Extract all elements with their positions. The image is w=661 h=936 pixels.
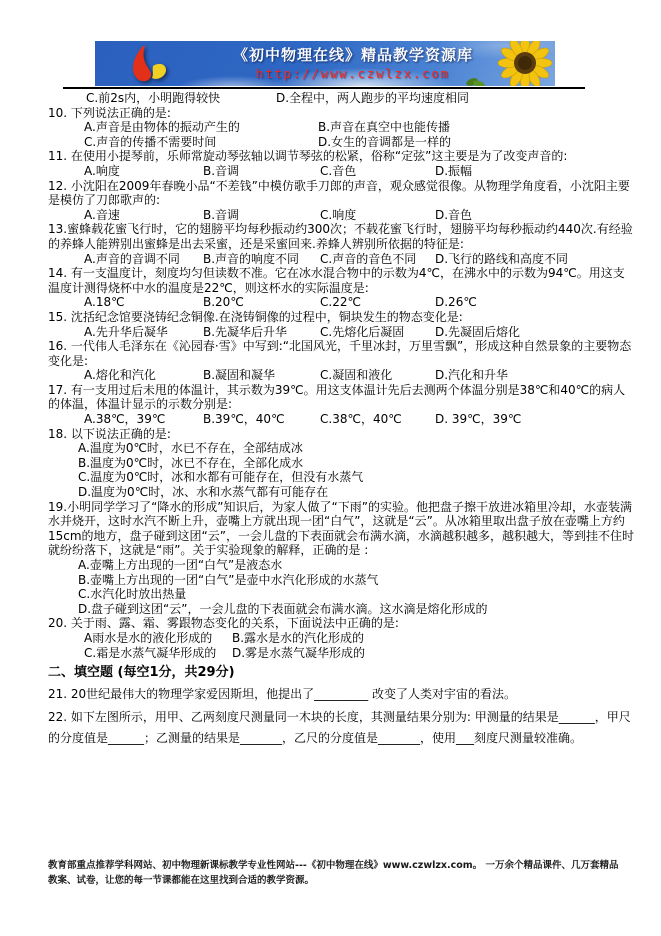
question-stem-11: 11. 在使用小提琴前，乐师常旋动琴弦轴以调节琴弦的松紧，俗称“定弦”这主要是为… xyxy=(48,149,634,164)
header-divider xyxy=(63,87,585,89)
option-13-C: C.声音的音色不同 xyxy=(320,252,435,267)
options-14: A.18℃B.20℃C.22℃D.26℃ xyxy=(48,295,634,310)
options-13: A.声音的音调不同B.声音的响度不同C.声音的音色不同D.飞行的路线和高度不同 xyxy=(48,252,634,267)
option-10-C: C.声音的传播不需要时间 xyxy=(84,135,318,150)
option-14-B: B.20℃ xyxy=(203,295,320,310)
question-stem-19: 19.小明同学学习了“降水的形成”知识后，为家人做了“下雨”的实验。他把盘子擦干… xyxy=(48,500,634,558)
question-16: 16. 一代伟人毛泽东在《沁园春·雪》中写到:“北国风光，千里冰封，万里雪飘”，… xyxy=(48,339,634,383)
question-stem-20: 20. 关于雨、露、霜、雾跟物态变化的关系，下面说法中正确的是: xyxy=(48,616,634,631)
option-17-D: D. 39℃，39℃ xyxy=(435,412,634,427)
options-9: C.前2s内，小明跑得较快D.全程中，两人跑步的平均速度相同 xyxy=(48,91,634,106)
option-18-A: A.温度为0℃时，水已不存在，全部结成冰 xyxy=(78,441,634,456)
section-heading-fill-in: 二、填空题 (每空1分，共29分) xyxy=(48,663,634,682)
option-12-B: B.音调 xyxy=(203,208,320,223)
option-14-A: A.18℃ xyxy=(84,295,203,310)
question-19: 19.小明同学学习了“降水的形成”知识后，为家人做了“下雨”的实验。他把盘子擦干… xyxy=(48,500,634,617)
option-20-B: B.露水是水的汽化形成的 xyxy=(232,631,634,646)
option-15-B: B.先凝华后升华 xyxy=(203,325,320,340)
option-15-C: C.先熔化后凝固 xyxy=(320,325,435,340)
option-14-C: C.22℃ xyxy=(320,295,435,310)
option-20-D: D.雾是水蒸气凝华形成的 xyxy=(232,646,634,661)
option-10-B: B.声音在真空中也能传播 xyxy=(318,120,634,135)
question-12: 12. 小沈阳在2009年春晚小品“不差钱”中模仿歌手刀郎的声音，观众感觉很像。… xyxy=(48,179,634,223)
question-stem-14: 14. 有一支温度计，刻度均匀但读数不准。它在冰水混合物中的示数为4℃，在沸水中… xyxy=(48,266,634,295)
option-11-A: A.响度 xyxy=(84,164,203,179)
question-stem-18: 18. 以下说法正确的是: xyxy=(48,427,634,442)
option-17-A: A.38℃，39℃ xyxy=(84,412,203,427)
options-18: A.温度为0℃时，水已不存在，全部结成冰B.温度为0℃时，冰已不存在，全部化成水… xyxy=(48,441,634,499)
options-11: A.响度B.音调C.音色D.振幅 xyxy=(48,164,634,179)
option-17-C: C.38℃，40℃ xyxy=(320,412,435,427)
option-11-B: B.音调 xyxy=(203,164,320,179)
options-16: A.熔化和汽化B.凝固和凝华C.凝固和液化D.汽化和升华 xyxy=(48,368,634,383)
banner-text: 《初中物理在线》精品教学资源库 http://www.czwlzx.com xyxy=(203,44,503,81)
options-19: A.壶嘴上方出现的一团“白气”是液态水B.壶嘴上方出现的一团“白气”是壶中水汽化… xyxy=(48,558,634,616)
option-16-A: A.熔化和汽化 xyxy=(84,368,203,383)
options-12: A.音速B.音调C.响度D.音色 xyxy=(48,208,634,223)
option-12-C: C.响度 xyxy=(320,208,435,223)
banner-title: 《初中物理在线》精品教学资源库 xyxy=(203,44,503,65)
option-20-A: A雨水是水的液化形成的 xyxy=(84,631,232,646)
question-18: 18. 以下说法正确的是:A.温度为0℃时，水已不存在，全部结成冰B.温度为0℃… xyxy=(48,427,634,500)
question-area: C.前2s内，小明跑得较快D.全程中，两人跑步的平均速度相同10. 下列说法正确… xyxy=(48,91,634,749)
option-15-D: D.先凝固后熔化 xyxy=(435,325,634,340)
question-stem-13: 13.蜜蜂载花蜜飞行时，它的翅膀平均每秒振动约300次；不载花蜜飞行时，翅膀平均… xyxy=(48,222,634,251)
question-13: 13.蜜蜂载花蜜飞行时，它的翅膀平均每秒振动约300次；不载花蜜飞行时，翅膀平均… xyxy=(48,222,634,266)
option-14-D: D.26℃ xyxy=(435,295,634,310)
option-19-A: A.壶嘴上方出现的一团“白气”是液态水 xyxy=(78,558,634,573)
question-22: 22. 如下左图所示，用甲、乙两刻度尺测量同一木块的长度，其测量结果分别为: 甲… xyxy=(48,707,634,749)
option-19-B: B.壶嘴上方出现的一团“白气”是壶中水汽化形成的水蒸气 xyxy=(78,573,634,588)
option-17-B: B.39℃，40℃ xyxy=(203,412,320,427)
option-13-B: B.声音的响度不同 xyxy=(203,252,320,267)
option-16-B: B.凝固和凝华 xyxy=(203,368,320,383)
option-18-B: B.温度为0℃时，冰已不存在，全部化成水 xyxy=(78,456,634,471)
option-19-C: C.水汽化时放出热量 xyxy=(78,587,634,602)
option-10-A: A.声音是由物体的振动产生的 xyxy=(84,120,318,135)
option-20-C: C.霜是水蒸气凝华形成的 xyxy=(84,646,232,661)
options-17: A.38℃，39℃B.39℃，40℃C.38℃，40℃D. 39℃，39℃ xyxy=(48,412,634,427)
flame-logo-icon xyxy=(123,44,171,84)
question-20: 20. 关于雨、露、霜、雾跟物态变化的关系，下面说法中正确的是:A雨水是水的液化… xyxy=(48,616,634,660)
option-13-D: D.飞行的路线和高度不同 xyxy=(435,252,634,267)
options-10: A.声音是由物体的振动产生的B.声音在真空中也能传播C.声音的传播不需要时间D.… xyxy=(48,120,634,149)
option-15-A: A.先升华后凝华 xyxy=(84,325,203,340)
question-stem-17: 17. 有一支用过后未甩的体温计，其示数为39℃。用这支体温计先后去测两个体温分… xyxy=(48,383,634,412)
option-16-D: D.汽化和升华 xyxy=(435,368,634,383)
question-11: 11. 在使用小提琴前，乐师常旋动琴弦轴以调节琴弦的松紧，俗称“定弦”这主要是为… xyxy=(48,149,634,178)
option-13-A: A.声音的音调不同 xyxy=(84,252,203,267)
question-21: 21. 20世纪最伟大的物理学家爱因斯坦，他提出了_________ 改变了人类… xyxy=(48,684,634,705)
question-14: 14. 有一支温度计，刻度均匀但读数不准。它在冰水混合物中的示数为4℃，在沸水中… xyxy=(48,266,634,310)
option-18-D: D.温度为0℃时，冰、水和水蒸气都有可能存在 xyxy=(78,485,634,500)
question-17: 17. 有一支用过后未甩的体温计，其示数为39℃。用这支体温计先后去测两个体温分… xyxy=(48,383,634,427)
option-12-A: A.音速 xyxy=(84,208,203,223)
question-stem-15: 15. 沈括纪念馆要浇铸纪念铜像.在浇铸铜像的过程中，铜块发生的物态变化是: xyxy=(48,310,634,325)
option-9-A: C.前2s内，小明跑得较快 xyxy=(86,91,276,106)
site-banner[interactable]: 《初中物理在线》精品教学资源库 http://www.czwlzx.com xyxy=(95,41,555,86)
sunflower-icon xyxy=(493,41,555,86)
question-15: 15. 沈括纪念馆要浇铸纪念铜像.在浇铸铜像的过程中，铜块发生的物态变化是:A.… xyxy=(48,310,634,339)
exam-page: 《初中物理在线》精品教学资源库 http://www.czwlzx.com xyxy=(0,0,661,936)
question-stem-12: 12. 小沈阳在2009年春晚小品“不差钱”中模仿歌手刀郎的声音，观众感觉很像。… xyxy=(48,179,634,208)
option-10-D: D.女生的音调都是一样的 xyxy=(318,135,634,150)
option-18-C: C.温度为0℃时，冰和水都有可能存在，但没有水蒸气 xyxy=(78,470,634,485)
option-12-D: D.音色 xyxy=(435,208,634,223)
option-9-B: D.全程中，两人跑步的平均速度相同 xyxy=(276,91,634,106)
option-11-D: D.振幅 xyxy=(435,164,634,179)
question-stem-16: 16. 一代伟人毛泽东在《沁园春·雪》中写到:“北国风光，千里冰封，万里雪飘”，… xyxy=(48,339,634,368)
options-20: A雨水是水的液化形成的B.露水是水的汽化形成的C.霜是水蒸气凝华形成的D.雾是水… xyxy=(48,631,634,660)
banner-url-link[interactable]: http://www.czwlzx.com xyxy=(203,67,503,81)
question-10: 10. 下列说法正确的是:A.声音是由物体的振动产生的B.声音在真空中也能传播C… xyxy=(48,106,634,150)
option-19-D: D.盘子碰到这团“云”，一会儿盘的下表面就会布满水滴。这水滴是熔化形成的 xyxy=(78,602,634,617)
options-15: A.先升华后凝华B.先凝华后升华C.先熔化后凝固D.先凝固后熔化 xyxy=(48,325,634,340)
option-16-C: C.凝固和液化 xyxy=(320,368,435,383)
question-stem-10: 10. 下列说法正确的是: xyxy=(48,106,634,121)
footer-note: 教育部重点推荐学科网站、初中物理新课标教学专业性网站---《初中物理在线》www… xyxy=(48,859,622,888)
sprout-icon xyxy=(465,71,487,86)
option-11-C: C.音色 xyxy=(320,164,435,179)
